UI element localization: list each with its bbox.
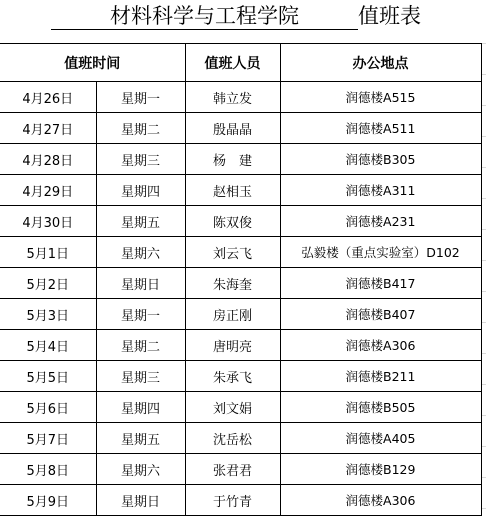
cell-date[interactable]: 4月29日 — [0, 175, 96, 206]
header-location: 办公地点 — [280, 44, 481, 82]
cell-person[interactable]: 沈岳松 — [185, 423, 280, 454]
cell-weekday[interactable]: 星期二 — [96, 113, 185, 144]
cell-location[interactable]: 润德楼A405 — [280, 423, 481, 454]
table-row: 4月28日星期三杨 建润德楼B305 — [0, 144, 481, 175]
cell-weekday[interactable]: 星期四 — [96, 392, 185, 423]
cell-date[interactable]: 5月7日 — [0, 423, 96, 454]
cell-person[interactable]: 陈双俊 — [185, 206, 280, 237]
header-time: 值班时间 — [0, 44, 185, 82]
cell-weekday[interactable]: 星期三 — [96, 361, 185, 392]
cell-date[interactable]: 5月8日 — [0, 454, 96, 485]
table-row: 5月6日星期四刘文娟润德楼B505 — [0, 392, 481, 423]
cell-location[interactable]: 润德楼A515 — [280, 82, 481, 113]
cell-date[interactable]: 5月4日 — [0, 330, 96, 361]
cell-date[interactable]: 5月5日 — [0, 361, 96, 392]
cell-location[interactable]: 弘毅楼（重点实验室）D102 — [280, 237, 481, 268]
cell-person[interactable]: 唐明亮 — [185, 330, 280, 361]
page-title: 材料科学与工程学院 — [51, 4, 358, 30]
cell-date[interactable]: 4月30日 — [0, 206, 96, 237]
cell-date[interactable]: 4月27日 — [0, 113, 96, 144]
cell-weekday[interactable]: 星期一 — [96, 82, 185, 113]
cell-weekday[interactable]: 星期六 — [96, 454, 185, 485]
table-row: 4月29日星期四赵相玉润德楼A311 — [0, 175, 481, 206]
table-row: 4月30日星期五陈双俊润德楼A231 — [0, 206, 481, 237]
cell-weekday[interactable]: 星期日 — [96, 485, 185, 516]
table-row: 5月8日星期六张君君润德楼B129 — [0, 454, 481, 485]
cell-person[interactable]: 杨 建 — [185, 144, 280, 175]
spreadsheet-gridlines — [481, 0, 486, 518]
table-row: 4月26日星期一韩立发润德楼A515 — [0, 82, 481, 113]
cell-location[interactable]: 润德楼A311 — [280, 175, 481, 206]
cell-weekday[interactable]: 星期五 — [96, 423, 185, 454]
table-row: 4月27日星期二殷晶晶润德楼A511 — [0, 113, 481, 144]
cell-location[interactable]: 润德楼B407 — [280, 299, 481, 330]
header-person: 值班人员 — [185, 44, 280, 82]
cell-person[interactable]: 朱承飞 — [185, 361, 280, 392]
cell-weekday[interactable]: 星期五 — [96, 206, 185, 237]
cell-date[interactable]: 4月28日 — [0, 144, 96, 175]
cell-person[interactable]: 殷晶晶 — [185, 113, 280, 144]
cell-location[interactable]: 润德楼B305 — [280, 144, 481, 175]
cell-location[interactable]: 润德楼A511 — [280, 113, 481, 144]
cell-person[interactable]: 张君君 — [185, 454, 280, 485]
cell-person[interactable]: 于竹青 — [185, 485, 280, 516]
cell-location[interactable]: 润德楼B129 — [280, 454, 481, 485]
cell-date[interactable]: 5月2日 — [0, 268, 96, 299]
page-title-suffix: 值班表 — [358, 4, 421, 29]
table-row: 5月3日星期一房正刚润德楼B407 — [0, 299, 481, 330]
cell-person[interactable]: 赵相玉 — [185, 175, 280, 206]
cell-person[interactable]: 刘文娟 — [185, 392, 280, 423]
table-row: 5月7日星期五沈岳松润德楼A405 — [0, 423, 481, 454]
table-row: 5月9日星期日于竹青润德楼A306 — [0, 485, 481, 516]
cell-location[interactable]: 润德楼B505 — [280, 392, 481, 423]
cell-weekday[interactable]: 星期四 — [96, 175, 185, 206]
title-row: 材料科学与工程学院 值班表 — [0, 0, 486, 43]
cell-date[interactable]: 5月6日 — [0, 392, 96, 423]
table-row: 5月2日星期日朱海奎润德楼B417 — [0, 268, 481, 299]
duty-schedule-table: 值班时间 值班人员 办公地点 4月26日星期一韩立发润德楼A5154月27日星期… — [0, 43, 482, 516]
cell-location[interactable]: 润德楼A306 — [280, 330, 481, 361]
cell-person[interactable]: 刘云飞 — [185, 237, 280, 268]
cell-weekday[interactable]: 星期三 — [96, 144, 185, 175]
cell-location[interactable]: 润德楼B417 — [280, 268, 481, 299]
table-header-row: 值班时间 值班人员 办公地点 — [0, 44, 481, 82]
cell-date[interactable]: 5月1日 — [0, 237, 96, 268]
table-row: 5月5日星期三朱承飞润德楼B211 — [0, 361, 481, 392]
table-row: 5月1日星期六刘云飞弘毅楼（重点实验室）D102 — [0, 237, 481, 268]
cell-location[interactable]: 润德楼A231 — [280, 206, 481, 237]
table-row: 5月4日星期二唐明亮润德楼A306 — [0, 330, 481, 361]
cell-weekday[interactable]: 星期二 — [96, 330, 185, 361]
cell-location[interactable]: 润德楼A306 — [280, 485, 481, 516]
cell-person[interactable]: 房正刚 — [185, 299, 280, 330]
cell-person[interactable]: 韩立发 — [185, 82, 280, 113]
cell-weekday[interactable]: 星期一 — [96, 299, 185, 330]
cell-date[interactable]: 4月26日 — [0, 82, 96, 113]
cell-weekday[interactable]: 星期六 — [96, 237, 185, 268]
cell-person[interactable]: 朱海奎 — [185, 268, 280, 299]
cell-date[interactable]: 5月3日 — [0, 299, 96, 330]
cell-date[interactable]: 5月9日 — [0, 485, 96, 516]
cell-location[interactable]: 润德楼B211 — [280, 361, 481, 392]
cell-weekday[interactable]: 星期日 — [96, 268, 185, 299]
